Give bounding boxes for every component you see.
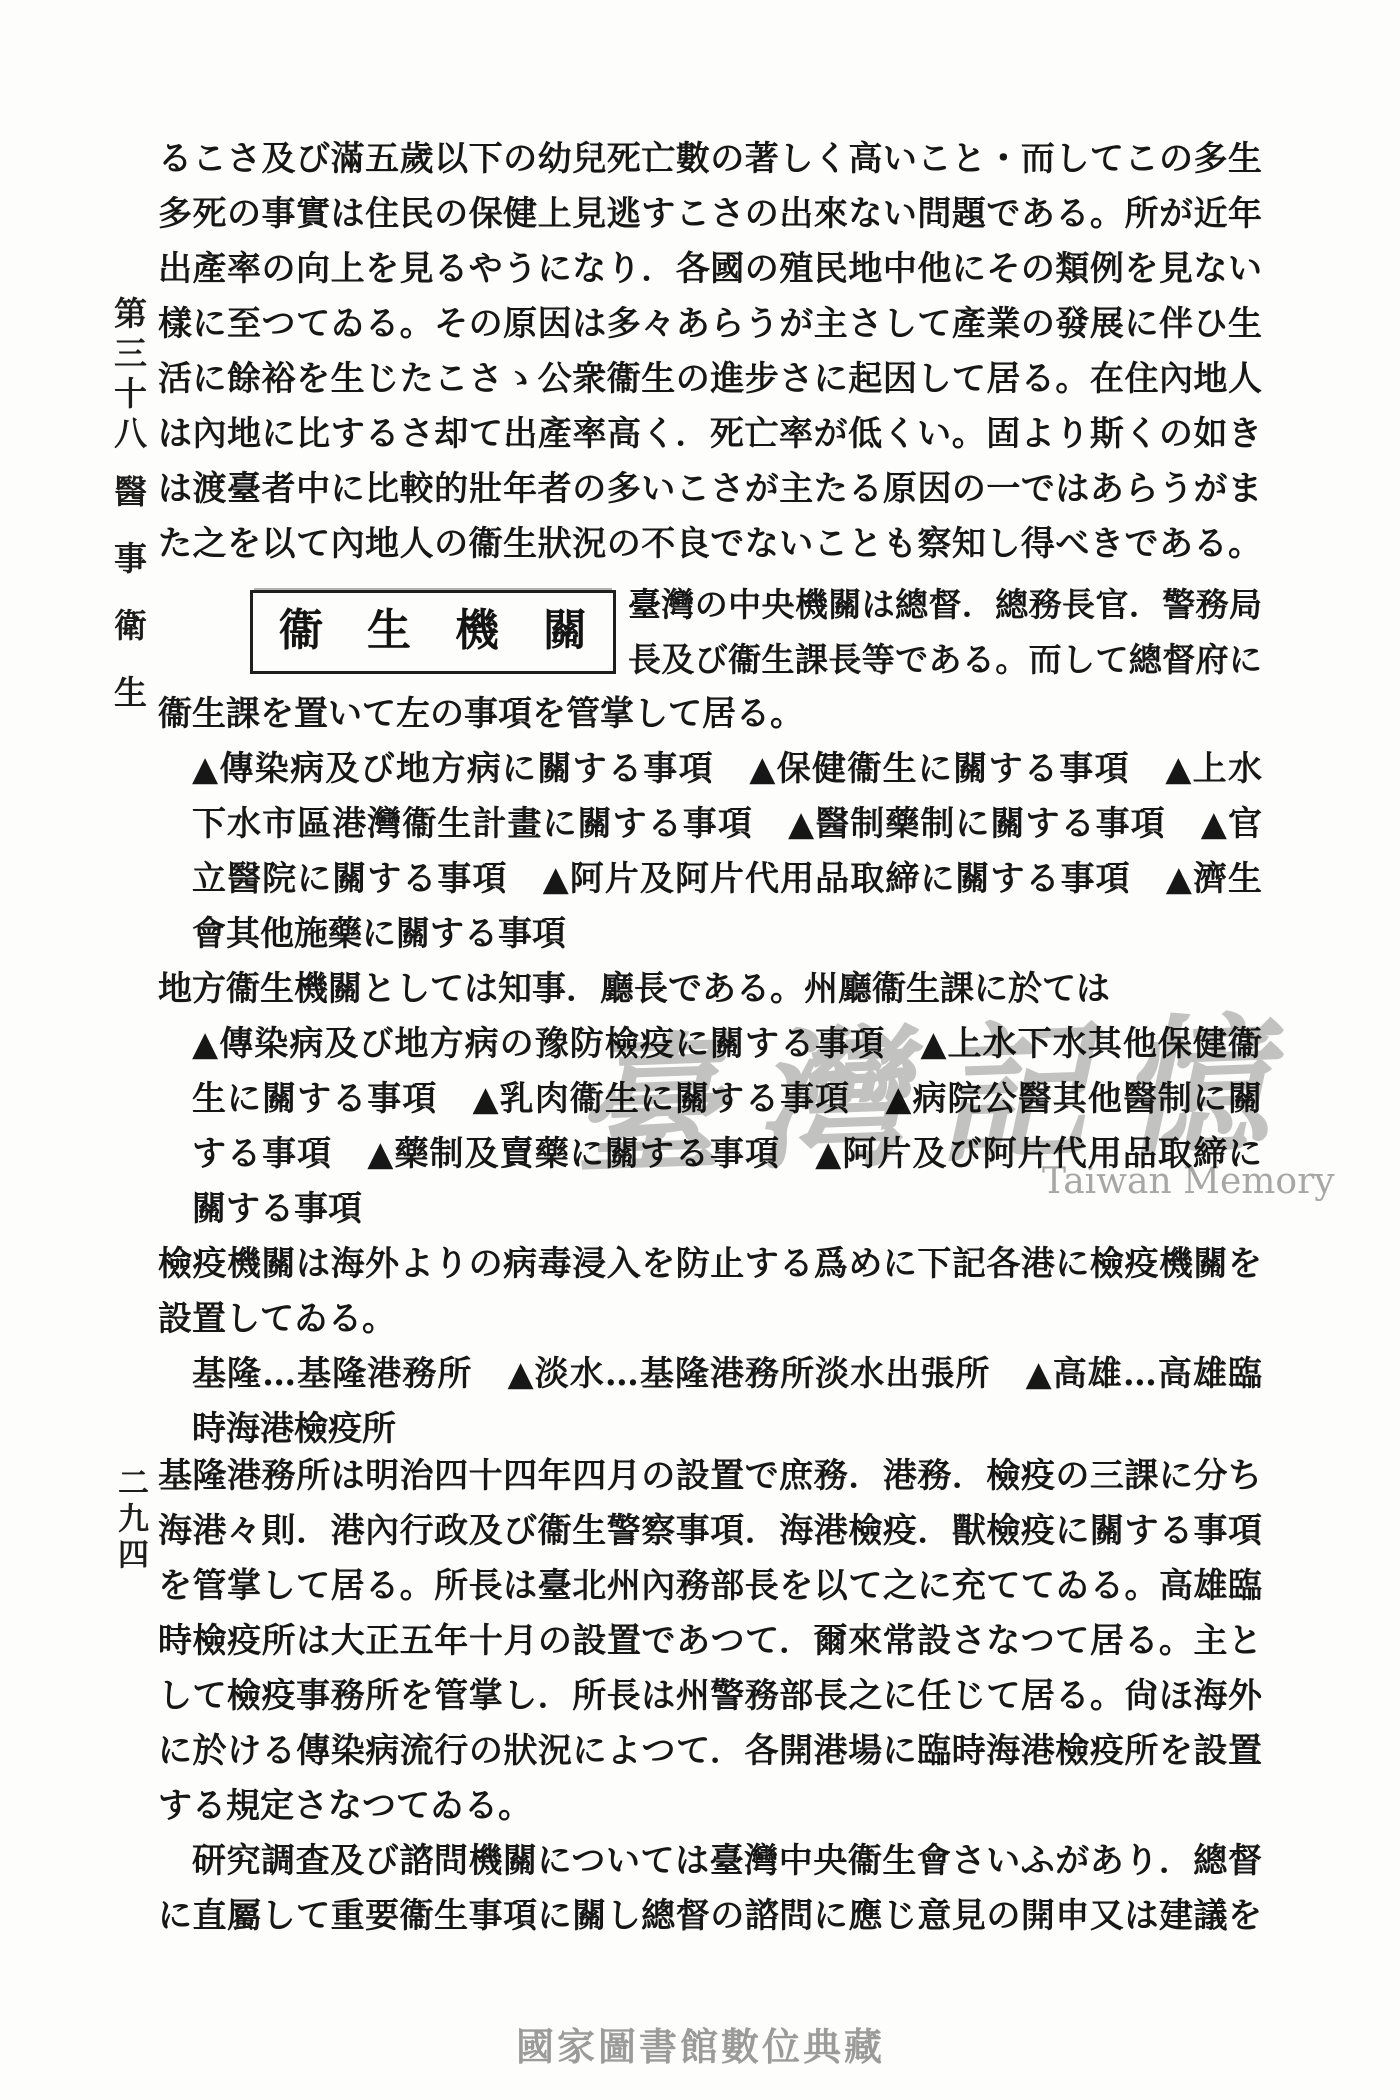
text-line: に直屬して重要衞生事項に關し總督の諮問に應じ意見の開申又は建議を (158, 1889, 1262, 1944)
text-line: に於ける傳染病流行の狀況によつて．各開港場に臨時海港檢疫所を設置 (158, 1724, 1262, 1779)
text-line: ▲傳染病及び地方病の豫防檢疫に關する事項 ▲上水下水其他保健衞 (158, 1017, 1262, 1072)
library-footer-watermark: 國家圖書館數位典藏 (516, 2028, 885, 2066)
section-heading-title: 衞生機關 (279, 593, 587, 669)
text-line: 基隆港務所は明治四十四年四月の設置で庶務．港務．檢疫の三課に分ち (158, 1449, 1262, 1504)
text-line: 基隆…基隆港務所 ▲淡水…基隆港務所淡水出張所 ▲高雄…高雄臨 (158, 1347, 1262, 1402)
text-line: 多死の事實は住民の保健上見逃すこさの出來ない問題である。所が近年 (158, 187, 1262, 242)
text-line: 關する事項 (158, 1182, 1262, 1237)
margin-chapter-label: 第三十八 (112, 296, 145, 456)
text-line: た之を以て內地人の衞生狀況の不良でないことも察知し得べきである。 (158, 517, 1262, 572)
text-line: 出產率の向上を見るやうになり．各國の殖民地中他にその類例を見ない (158, 242, 1262, 297)
body-text: るこさ及び滿五歲以下の幼兒死亡數の著しく高いこと・而してこの多生 多死の事實は住… (158, 132, 1262, 1944)
text-line: 活に餘裕を生じたこさゝ公衆衞生の進步さに起因して居る。在住內地人 (158, 352, 1262, 407)
section-heading-box: 衞生機關 (250, 590, 616, 674)
text-line: して檢疫事務所を管掌し．所長は州警務部長之に任じて居る。尙ほ海外 (158, 1669, 1262, 1724)
text-line: 研究調查及び諮問機關については臺灣中央衞生會さいふがあり．總督 (158, 1834, 1262, 1889)
text-line: 衞生課を置いて左の事項を管掌して居る。 (158, 687, 1262, 742)
text-line: 生に關する事項 ▲乳肉衞生に關する事項 ▲病院公醫其他醫制に關 (158, 1072, 1262, 1127)
text-line: 時檢疫所は大正五年十月の設置であつて．爾來常設さなつて居る。主と (158, 1614, 1262, 1669)
text-line: 海港々則．港內行政及び衞生警察事項．海港檢疫．獸檢疫に關する事項 (158, 1504, 1262, 1559)
text-line: 地方衞生機關としては知事．廳長である。州廳衞生課に於ては (158, 962, 1262, 1017)
text-line: 會其他施藥に關する事項 (158, 907, 1262, 962)
scanned-page: 第三十八 醫事衛生 二九四 衞生機關 るこさ及び滿五歲以下の幼兒死亡數の著しく高… (0, 0, 1400, 2100)
text-line: 下水市區港灣衞生計畫に關する事項 ▲醫制藥制に關する事項 ▲官 (158, 797, 1262, 852)
text-line: する規定さなつてゐる。 (158, 1779, 1262, 1834)
text-line: ▲傳染病及び地方病に關する事項 ▲保健衞生に關する事項 ▲上水 (158, 742, 1262, 797)
text-line: は渡臺者中に比較的壯年者の多いこさが主たる原因の一ではあらうがま (158, 462, 1262, 517)
text-line: は內地に比するさ却て出產率高く．死亡率が低くい。固より斯くの如き (158, 407, 1262, 462)
text-line: 樣に至つてゐる。その原因は多々あらうが主さして產業の發展に伴ひ生 (158, 297, 1262, 352)
text-line: るこさ及び滿五歲以下の幼兒死亡數の著しく高いこと・而してこの多生 (158, 132, 1262, 187)
margin-section-label: 醫事衛生 (112, 474, 145, 742)
text-line: する事項 ▲藥制及賣藥に關する事項 ▲阿片及び阿片代用品取締に (158, 1127, 1262, 1182)
text-line: 檢疫機關は海外よりの病毒浸入を防止する爲めに下記各港に檢疫機關を (158, 1237, 1262, 1292)
text-line: を管掌して居る。所長は臺北州內務部長を以て之に充ててゐる。高雄臨 (158, 1559, 1262, 1614)
page-number: 二九四 (114, 1466, 145, 1574)
text-line: 設置してゐる。 (158, 1292, 1262, 1347)
text-line: 立醫院に關する事項 ▲阿片及阿片代用品取締に關する事項 ▲濟生 (158, 852, 1262, 907)
